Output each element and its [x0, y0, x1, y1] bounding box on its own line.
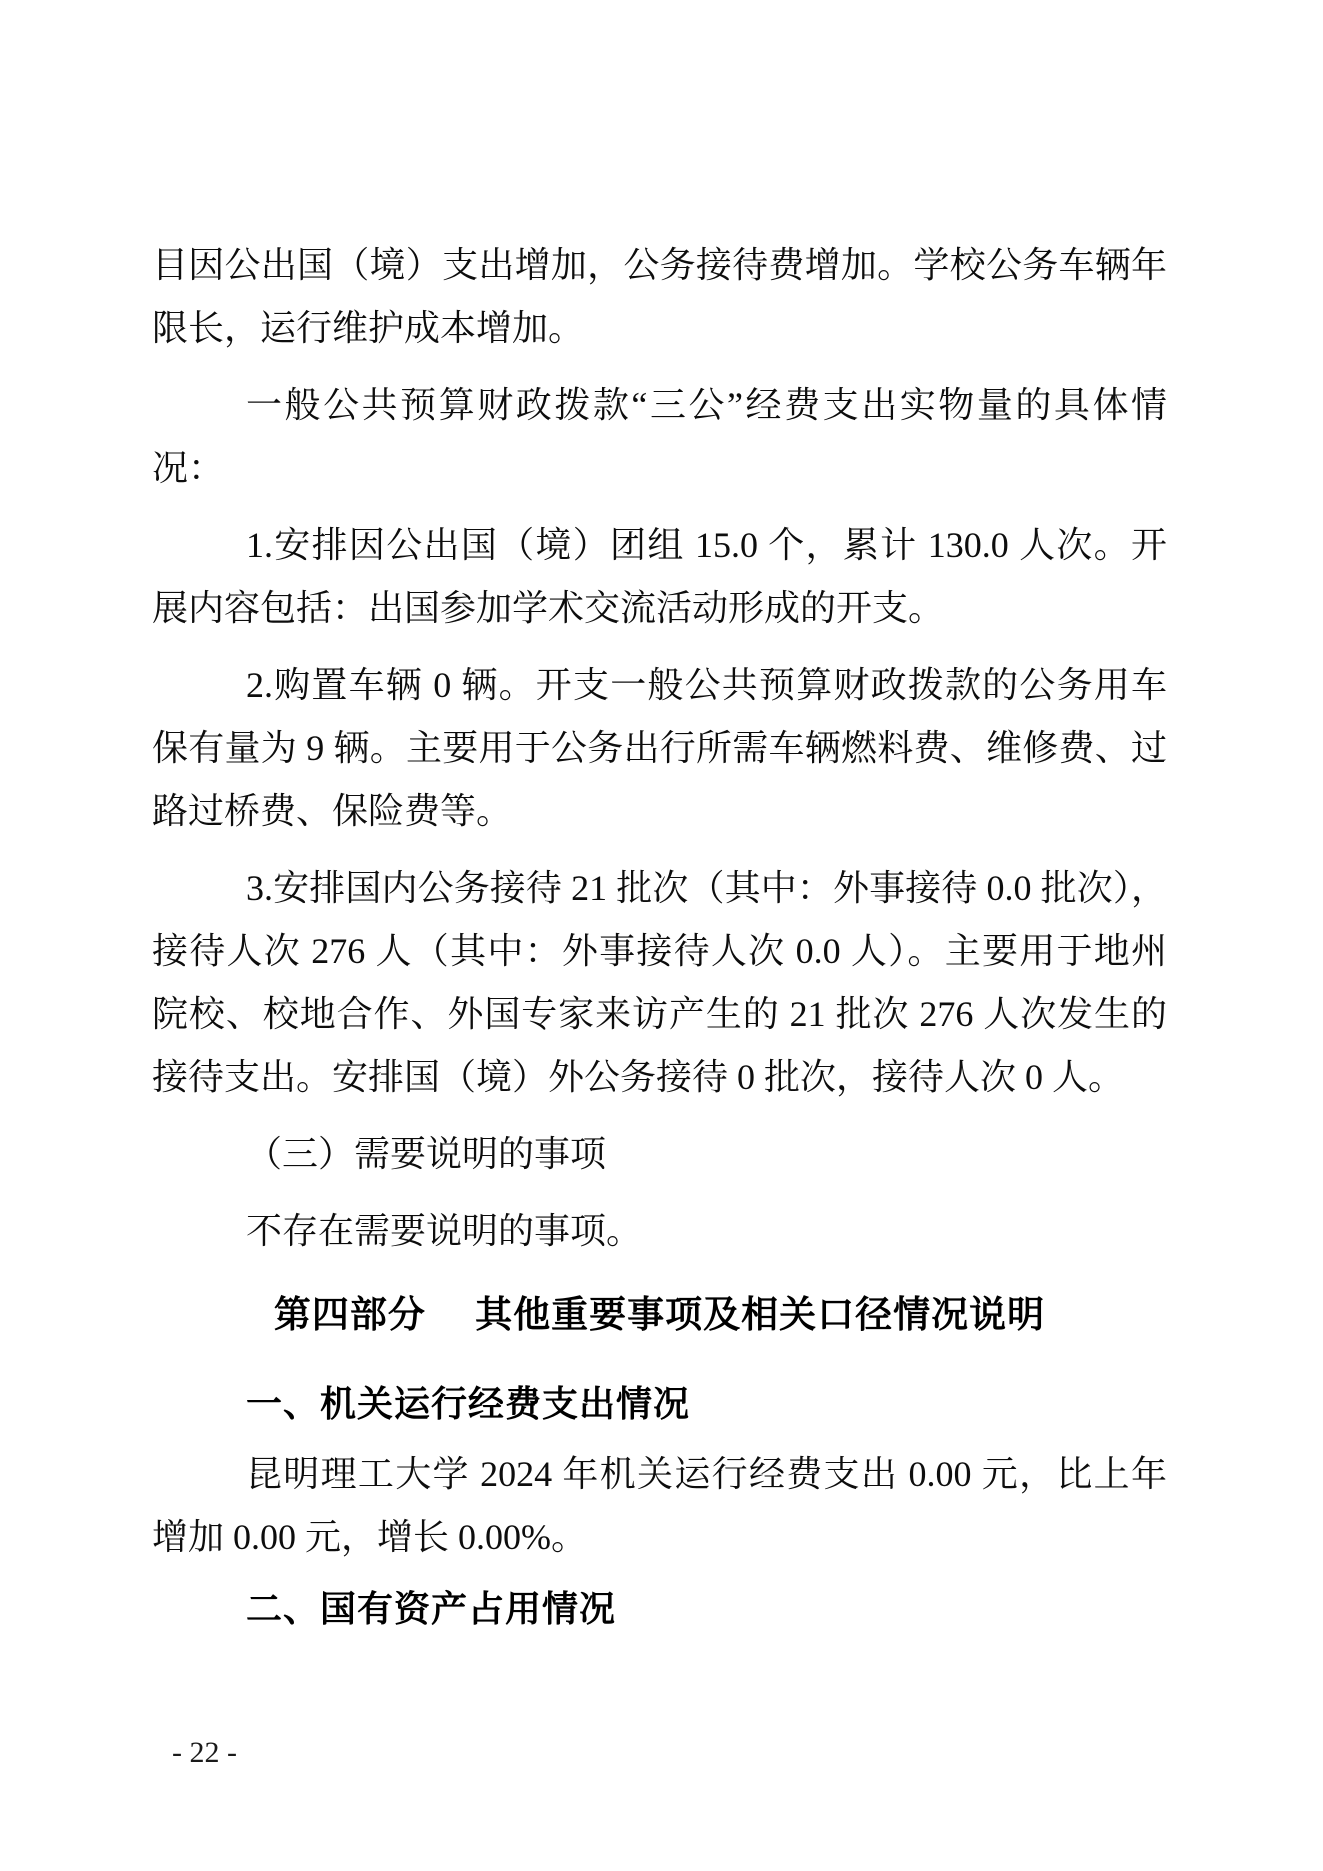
- section-heading-2: 二、国有资产占用情况: [152, 1577, 1167, 1640]
- part-4-heading: 第四部分 其他重要事项及相关口径情况说明: [152, 1283, 1167, 1346]
- document-page: 目因公出国（境）支出增加，公务接待费增加。学校公务车辆年限长，运行维护成本增加。…: [0, 0, 1323, 1871]
- page-content: 目因公出国（境）支出增加，公务接待费增加。学校公务车辆年限长，运行维护成本增加。…: [152, 234, 1167, 1640]
- page-number: - 22 -: [172, 1736, 237, 1770]
- section-heading-1: 一、机关运行经费支出情况: [152, 1372, 1167, 1435]
- body-paragraph-operating-expense: 昆明理工大学 2024 年机关运行经费支出 0.00 元，比上年增加 0.00 …: [152, 1443, 1167, 1569]
- body-paragraph-item-1: 1.安排因公出国（境）团组 15.0 个，累计 130.0 人次。开展内容包括：…: [152, 514, 1167, 640]
- body-paragraph-item-3: 3.安排国内公务接待 21 批次（其中：外事接待 0.0 批次），接待人次 27…: [152, 857, 1167, 1109]
- subsection-heading-3: （三）需要说明的事项: [152, 1123, 1167, 1186]
- body-paragraph-no-items: 不存在需要说明的事项。: [152, 1200, 1167, 1263]
- body-paragraph-intro: 一般公共预算财政拨款“三公”经费支出实物量的具体情况：: [152, 374, 1167, 500]
- body-paragraph-item-2: 2.购置车辆 0 辆。开支一般公共预算财政拨款的公务用车保有量为 9 辆。主要用…: [152, 654, 1167, 843]
- body-paragraph-continued: 目因公出国（境）支出增加，公务接待费增加。学校公务车辆年限长，运行维护成本增加。: [152, 234, 1167, 360]
